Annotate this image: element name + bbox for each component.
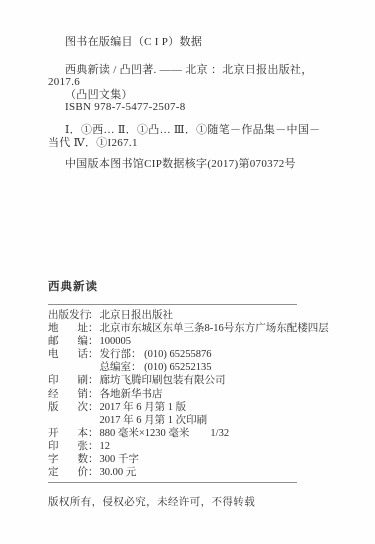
row-colon: ： <box>88 440 99 453</box>
row-label: 地址 <box>48 322 88 335</box>
row-phone: 电话：发行部： (010) 65255876 <box>48 348 297 361</box>
cip-year-line: 2017.6 <box>48 76 357 89</box>
row-publisher: 出版发行：北京日报出版社 <box>48 309 297 322</box>
row-label: 出版发行 <box>48 309 88 322</box>
row-value: 各地新华书店 <box>99 389 163 400</box>
row-printer: 印刷：廊坊飞腾印刷包装有限公司 <box>48 374 297 387</box>
row-colon: ： <box>88 374 99 387</box>
cip-series-line: （凸凹文集） <box>48 89 357 102</box>
row-value: 总编室： (010) 65252135 <box>99 362 212 373</box>
row-value: 2017 年 6 月第 1 版 <box>99 402 187 413</box>
row-value: 30.00 元 <box>99 467 137 478</box>
row-colon: ： <box>88 427 99 440</box>
copyright-page: 图书在版编目（C I P）数据 西典新读 / 凸凹著. —— 北京 ：北京日报出… <box>0 0 375 544</box>
row-label: 字数 <box>48 453 88 466</box>
row-value: 2017 年 6 月第 1 次印刷 <box>99 415 208 426</box>
row-label: 电话 <box>48 348 88 361</box>
row-colon: ： <box>88 309 99 322</box>
row-label: 版次 <box>48 401 88 414</box>
cip-classification-line-1: Ⅰ．①西… Ⅱ．①凸… Ⅲ．①随笔－作品集－中国－ <box>48 124 357 137</box>
divider-bottom <box>48 482 297 483</box>
colophon-rows: 出版发行：北京日报出版社 地址：北京市东城区东单三条8-16号东方广场东配楼四层… <box>48 309 297 479</box>
cip-classification-line-2: 当代 Ⅳ．①I267.1 <box>48 137 357 150</box>
divider-top <box>48 304 297 305</box>
row-price: 定价：30.00 元 <box>48 466 297 479</box>
cip-heading: 图书在版编目（C I P）数据 <box>48 36 357 49</box>
row-value: 廊坊飞腾印刷包装有限公司 <box>99 375 226 386</box>
row-wordcount: 字数：300 千字 <box>48 453 297 466</box>
row-postcode: 邮编：100005 <box>48 335 297 348</box>
row-address: 地址：北京市东城区东单三条8-16号东方广场东配楼四层 <box>48 322 297 335</box>
row-colon: ： <box>88 466 99 479</box>
cip-block: 图书在版编目（C I P）数据 西典新读 / 凸凹著. —— 北京 ：北京日报出… <box>48 36 357 171</box>
cip-isbn-line: ISBN 978-7-5477-2507-8 <box>48 101 357 114</box>
row-label: 开本 <box>48 427 88 440</box>
row-value: 发行部： (010) 65255876 <box>99 349 212 360</box>
row-label: 邮编 <box>48 335 88 348</box>
row-edition-cont: ：2017 年 6 月第 1 次印刷 <box>48 414 297 427</box>
book-title: 西典新读 <box>48 280 297 294</box>
row-label: 经销 <box>48 388 88 401</box>
cip-title-line: 西典新读 / 凸凹著. —— 北京 ：北京日报出版社， <box>48 64 357 77</box>
row-colon: ： <box>88 348 99 361</box>
row-sheets: 印张：12 <box>48 440 297 453</box>
row-colon: ： <box>88 401 99 414</box>
colophon-block: 西典新读 出版发行：北京日报出版社 地址：北京市东城区东单三条8-16号东方广场… <box>48 280 297 509</box>
row-value: 北京日报出版社 <box>99 310 174 321</box>
row-distributor: 经销：各地新华书店 <box>48 388 297 401</box>
row-label: 印刷 <box>48 374 88 387</box>
row-value: 12 <box>99 441 111 452</box>
row-label: 定价 <box>48 466 88 479</box>
row-colon: ： <box>88 322 99 335</box>
copyright-notice: 版权所有，侵权必究，未经许可，不得转载 <box>48 494 297 509</box>
row-value: 北京市东城区东单三条8-16号东方广场东配楼四层 <box>99 323 329 334</box>
row-phone-cont: ：总编室： (010) 65252135 <box>48 361 297 374</box>
row-value: 880 毫米×1230 毫米 1/32 <box>99 428 230 439</box>
row-colon: ： <box>88 388 99 401</box>
row-format: 开本：880 毫米×1230 毫米 1/32 <box>48 427 297 440</box>
row-edition: 版次：2017 年 6 月第 1 版 <box>48 401 297 414</box>
cip-registry-line: 中国版本图书馆CIP数据核字(2017)第070372号 <box>48 158 357 171</box>
row-value: 100005 <box>99 336 132 347</box>
row-value: 300 千字 <box>99 454 139 465</box>
row-colon: ： <box>88 453 99 466</box>
row-label: 印张 <box>48 440 88 453</box>
row-colon: ： <box>88 335 99 348</box>
